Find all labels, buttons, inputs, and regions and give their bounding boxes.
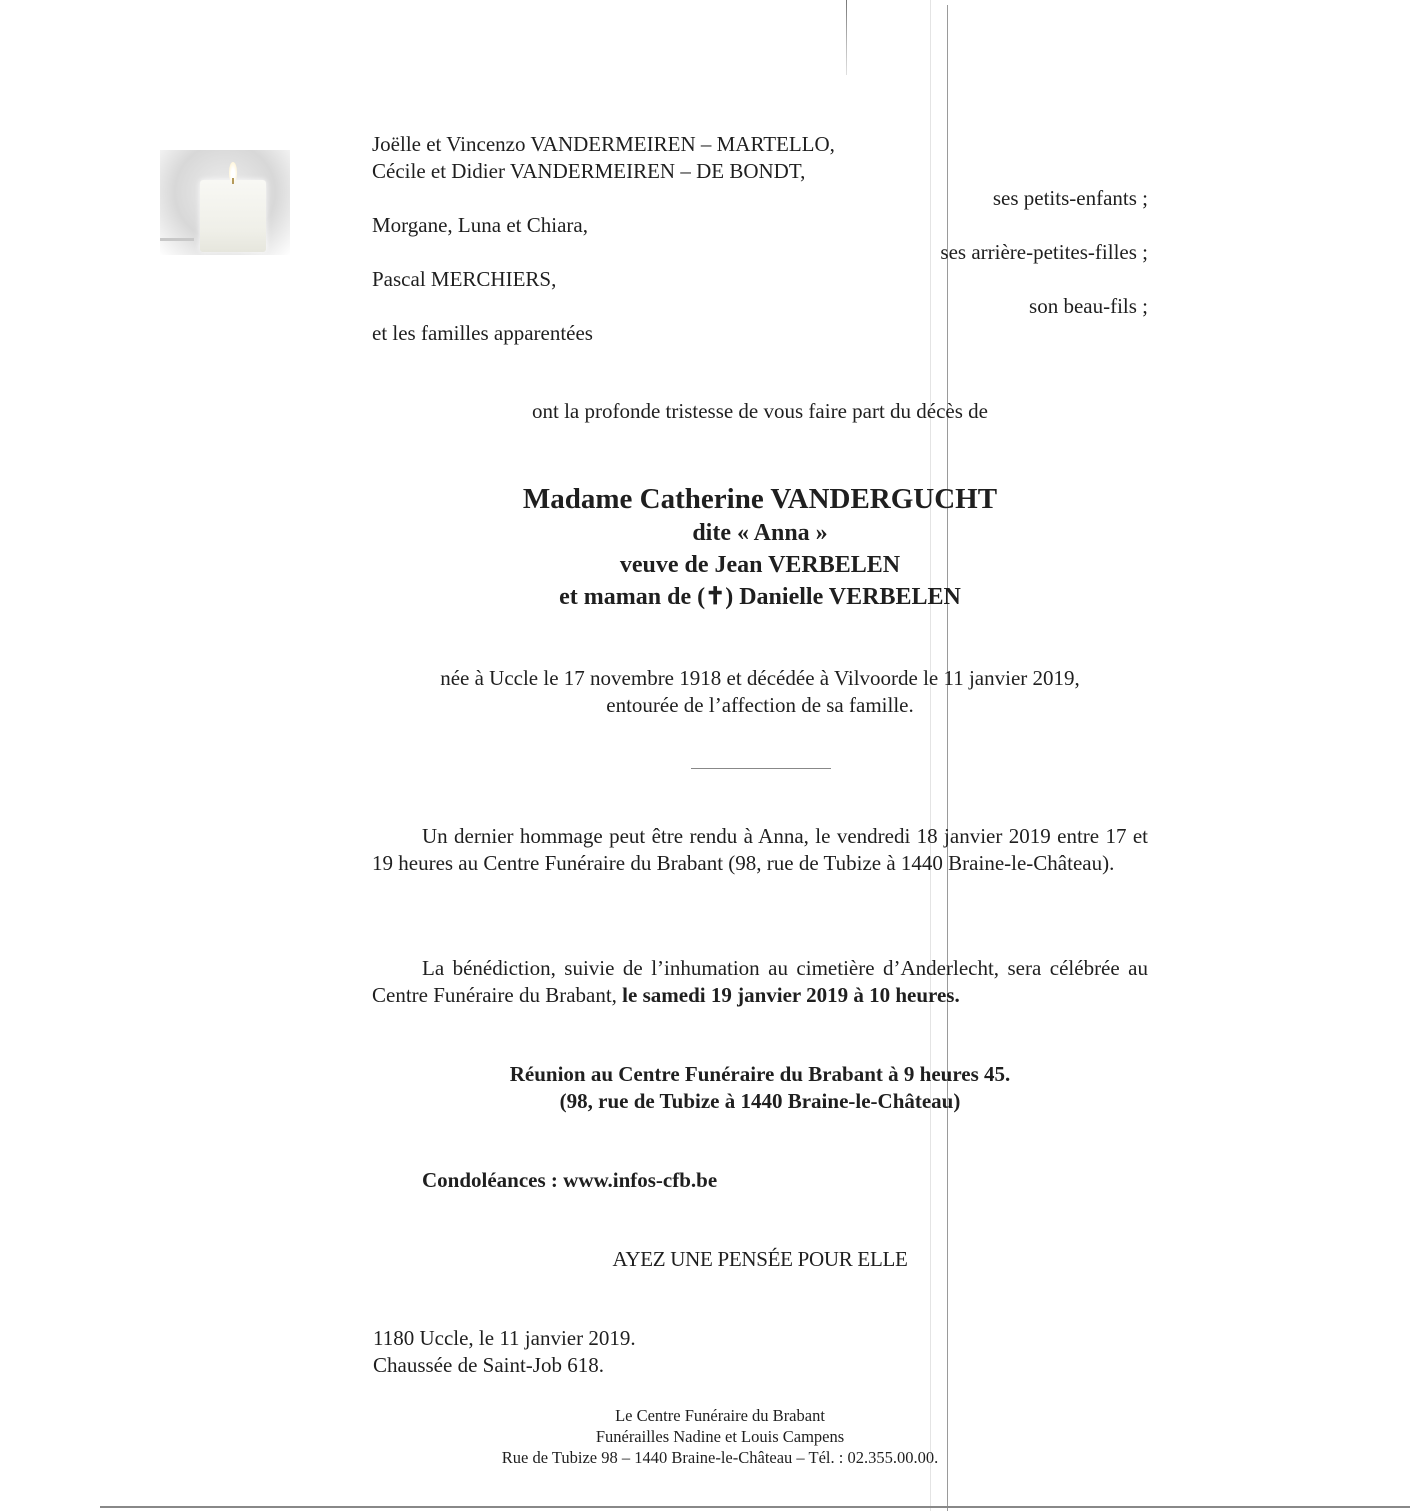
separator-line	[691, 768, 831, 769]
family-member-line: Joëlle et Vincenzo VANDERMEIREN – MARTEL…	[372, 131, 835, 158]
page-bottom-edge	[100, 1506, 1410, 1508]
birth-death-dates: née à Uccle le 17 novembre 1918 et décéd…	[372, 665, 1148, 692]
announcement-text: ont la profonde tristesse de vous faire …	[372, 398, 1148, 425]
relationship-label: son beau-fils ;	[1029, 293, 1148, 320]
scan-artifact-line	[947, 5, 948, 1511]
scan-artifact-line	[846, 0, 847, 75]
place-date: 1180 Uccle, le 11 janvier 2019.	[373, 1325, 636, 1352]
closing-phrase: AYEZ UNE PENSÉE POUR ELLE	[372, 1246, 1148, 1273]
surrounded-by-family: entourée de l’affection de sa famille.	[372, 692, 1148, 719]
funeral-home-name: Le Centre Funéraire du Brabant	[460, 1405, 980, 1426]
funeral-home-owners: Funérailles Nadine et Louis Campens	[460, 1426, 980, 1447]
deceased-nickname: dite « Anna »	[372, 518, 1148, 549]
family-member-line: Cécile et Didier VANDERMEIREN – DE BONDT…	[372, 158, 805, 185]
meeting-info: Réunion au Centre Funéraire du Brabant à…	[372, 1061, 1148, 1088]
relationship-label: ses petits-enfants ;	[993, 185, 1148, 212]
deceased-name: Madame Catherine VANDERGUCHT	[372, 482, 1148, 516]
family-member-line: Morgane, Luna et Chiara,	[372, 212, 588, 239]
family-member-line: et les familles apparentées	[372, 320, 593, 347]
funeral-home-contact: Rue de Tubize 98 – 1440 Braine-le-Châtea…	[460, 1447, 980, 1468]
tribute-paragraph: Un dernier hommage peut être rendu à Ann…	[372, 823, 1148, 877]
candle-icon	[160, 150, 290, 255]
ceremony-date-time: le samedi 19 janvier 2019 à 10 heures.	[622, 983, 960, 1007]
condolences-link[interactable]: Condoléances : www.infos-cfb.be	[422, 1167, 717, 1194]
ceremony-paragraph: La bénédiction, suivie de l’inhumation a…	[372, 955, 1148, 1009]
family-member-line: Pascal MERCHIERS,	[372, 266, 556, 293]
deceased-mother-of: et maman de (✝) Danielle VERBELEN	[372, 582, 1148, 613]
relationship-label: ses arrière-petites-filles ;	[940, 239, 1148, 266]
scan-artifact-line	[930, 0, 931, 1511]
home-address: Chaussée de Saint-Job 618.	[373, 1352, 604, 1379]
deceased-widow-of: veuve de Jean VERBELEN	[372, 550, 1148, 581]
meeting-address: (98, rue de Tubize à 1440 Braine-le-Chât…	[372, 1088, 1148, 1115]
